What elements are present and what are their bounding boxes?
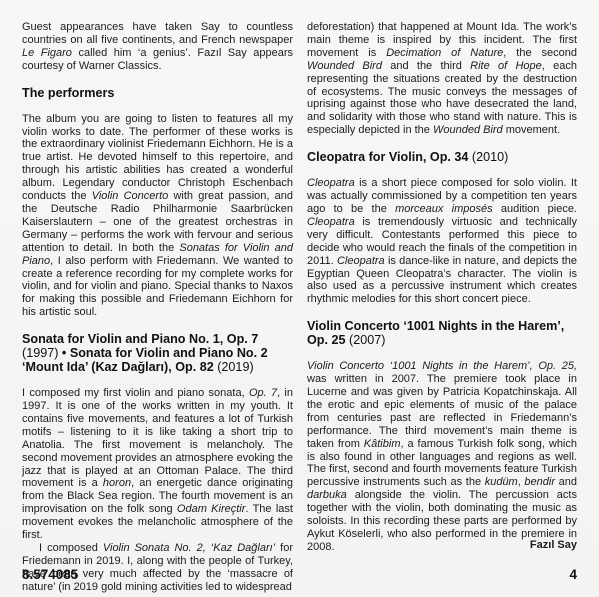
right-column: deforestation) that happened at Mount Id… [307, 21, 577, 554]
sonata-paragraph-1: I composed my first violin and piano son… [22, 387, 293, 542]
cleopatra-paragraph: Cleopatra is a short piece composed for … [307, 177, 577, 306]
intro-paragraph: Guest appearances have taken Say to coun… [22, 21, 293, 73]
concerto-heading: Violin Concerto ‘1001 Nights in the Hare… [307, 319, 577, 347]
page-number: 4 [540, 567, 577, 582]
left-column: Guest appearances have taken Say to coun… [22, 21, 293, 594]
cleopatra-heading: Cleopatra for Violin, Op. 34 (2010) [307, 150, 577, 164]
catalog-number: 8.574085 [22, 567, 78, 582]
performers-paragraph: The album you are going to listen to fea… [22, 113, 293, 320]
author-signature: Fazıl Say [307, 539, 577, 551]
booklet-page: Guest appearances have taken Say to coun… [0, 0, 599, 597]
performers-heading: The performers [22, 86, 293, 100]
concerto-paragraph: Violin Concerto ‘1001 Nights in the Hare… [307, 360, 577, 554]
mount-ida-continuation-paragraph: deforestation) that happened at Mount Id… [307, 21, 577, 137]
sonatas-heading: Sonata for Violin and Piano No. 1, Op. 7… [22, 332, 293, 374]
